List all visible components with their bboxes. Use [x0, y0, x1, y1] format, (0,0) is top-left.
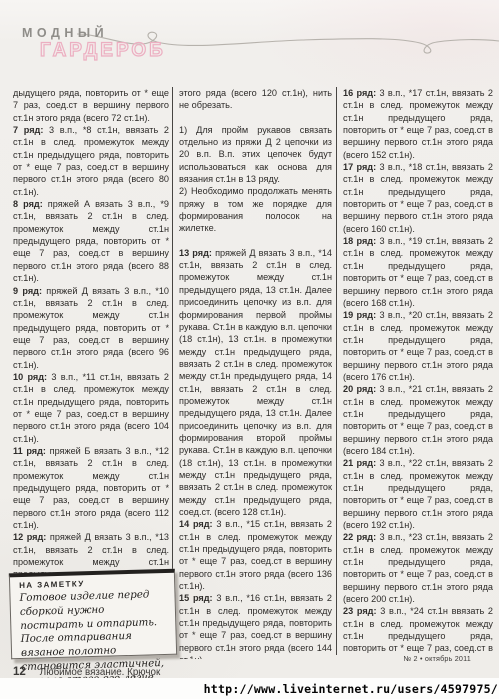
footer-left: 12 Любимое вязание. Крючок — [13, 666, 160, 678]
row-label: 18 ряд: — [343, 236, 379, 246]
instruction-paragraph: 11 ряд: пряжей Б вязать 3 в.п., *12 ст.1… — [13, 445, 169, 531]
row-label: 23 ряд: — [343, 606, 380, 616]
instruction-paragraph: 9 ряд: пряжей Д вязать 3 в.п., *10 ст.1н… — [13, 285, 169, 371]
instruction-paragraph: 20 ряд: 3 в.п., *21 ст.1н, ввязать 2 ст.… — [343, 383, 493, 457]
row-label: 21 ряд: — [343, 458, 379, 468]
instruction-paragraph: 18 ряд: 3 в.п., *19 ст.1н, ввязать 2 ст.… — [343, 235, 493, 309]
magazine-name: Любимое вязание. Крючок — [40, 667, 160, 678]
instruction-paragraph: 23 ряд: 3 в.п., *24 ст.1н ввязать 2 ст.1… — [343, 605, 493, 659]
text-column-1: дыдущего ряда, повторить от * еще 7 раз,… — [13, 87, 169, 595]
magazine-page: МОДНЫЙ ГАРДЕРОБ дыдущего ряда, повторить… — [0, 0, 499, 699]
instruction-paragraph: 21 ряд: 3 в.п., *22 ст.1н, ввязать 2 ст.… — [343, 457, 493, 531]
row-label: 19 ряд: — [343, 310, 379, 320]
instruction-paragraph: 1) Для пройм рукавов связать отдельно из… — [179, 124, 332, 186]
page-number: 12 — [13, 666, 26, 678]
row-label: 13 ряд: — [179, 248, 215, 258]
column-divider-1 — [172, 87, 173, 599]
row-label: 9 ряд: — [13, 286, 46, 296]
source-url: http://www.liveinternet.ru/users/4597975… — [204, 682, 498, 696]
row-label: 15 ряд: — [179, 593, 216, 603]
note-box: НА ЗАМЕТКУ Готовое изделие перед сборкой… — [9, 569, 177, 660]
column-divider-2 — [336, 87, 337, 655]
instruction-paragraph: 13 ряд: пряжей Д вязать 3 в.п., *14 ст.1… — [179, 247, 332, 519]
text-column-2: этого ряда (всего 120 ст.1н), нить не об… — [179, 87, 332, 659]
instruction-paragraph: дыдущего ряда, повторить от * еще 7 раз,… — [13, 87, 169, 124]
row-label: 10 ряд: — [13, 372, 51, 382]
row-label: 16 ряд: — [343, 88, 379, 98]
issue-info: № 2 • октябрь 2011 — [403, 654, 471, 663]
row-label: 22 ряд: — [343, 532, 379, 542]
instruction-paragraph: 16 ряд: 3 в.п., *17 ст.1н, ввязать 2 ст.… — [343, 87, 493, 161]
instruction-paragraph: 8 ряд: пряжей А вязать 3 в.п., *9 ст.1н,… — [13, 198, 169, 284]
section-kicker: МОДНЫЙ — [22, 26, 108, 40]
row-label: 7 ряд: — [13, 125, 49, 135]
text-column-3: 16 ряд: 3 в.п., *17 ст.1н, ввязать 2 ст.… — [343, 87, 493, 659]
instruction-paragraph: 17 ряд: 3 в.п., *18 ст.1н, ввязать 2 ст.… — [343, 161, 493, 235]
instruction-paragraph: 10 ряд: 3 в.п., *11 ст.1н, ввязать 2 ст.… — [13, 371, 169, 445]
row-label: 11 ряд: — [13, 446, 50, 456]
section-title: ГАРДЕРОБ — [40, 40, 166, 62]
row-label: 8 ряд: — [13, 199, 48, 209]
instruction-paragraph: 19 ряд: 3 в.п., *20 ст.1н, ввязать 2 ст.… — [343, 309, 493, 383]
instruction-paragraph: 14 ряд: 3 в.п., *15 ст.1н, ввязать 2 ст.… — [179, 518, 332, 592]
instruction-paragraph: 22 ряд: 3 в.п., *23 ст.1н, ввязать 2 ст.… — [343, 531, 493, 605]
instruction-paragraph: 7 ряд: 3 в.п., *8 ст.1н, ввязать 2 ст.1н… — [13, 124, 169, 198]
row-label: 17 ряд: — [343, 162, 379, 172]
row-label: 20 ряд: — [343, 384, 379, 394]
instruction-paragraph: 2) Необходимо продолжать менять пряжу в … — [179, 185, 332, 234]
row-label: 14 ряд: — [179, 519, 216, 529]
instruction-paragraph: этого ряда (всего 120 ст.1н), нить не об… — [179, 87, 332, 112]
row-label: 12 ряд: — [13, 532, 50, 542]
instruction-paragraph: 15 ряд: 3 в.п., *16 ст.1н, ввязать 2 ст.… — [179, 592, 332, 659]
